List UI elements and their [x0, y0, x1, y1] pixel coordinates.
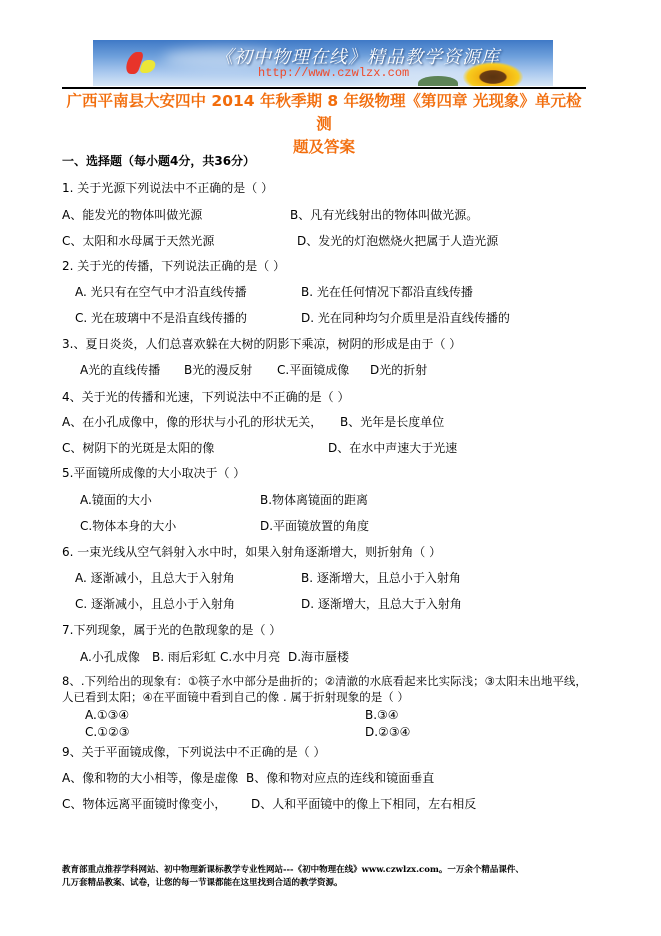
question-1-option-b: B、凡有光线射出的物体叫做光源。 — [290, 207, 478, 223]
question-2-stem: 2. 关于光的传播，下列说法正确的是（ ） — [62, 258, 285, 274]
question-2-option-a: A. 光只有在空气中才沿直线传播 — [75, 284, 247, 300]
question-4-option-b: B、光年是长度单位 — [340, 414, 444, 430]
question-5-option-c: C.物体本身的大小 — [80, 518, 176, 534]
question-7-option-b: B. 雨后彩虹 — [152, 649, 216, 665]
question-8-option-a: A.①③④ — [85, 707, 129, 723]
header-rule — [62, 87, 586, 89]
question-5-option-d: D.平面镜放置的角度 — [260, 518, 369, 534]
question-6-option-a: A. 逐渐减小，且总大于入射角 — [75, 570, 235, 586]
title-line-1: 广西平南县大安四中 2014 年秋季期 8 年级物理《第四章 光现象》单元检测 — [62, 90, 586, 136]
question-9-option-a: A、像和物的大小相等，像是虚像 — [62, 770, 238, 786]
question-2-option-b: B. 光在任何情况下都沿直线传播 — [301, 284, 473, 300]
sunflower-image — [463, 62, 523, 86]
question-8-option-b: B.③④ — [365, 707, 399, 723]
question-3-option-a: A光的直线传播 — [80, 362, 160, 378]
site-banner: 《初中物理在线》精品教学资源库 http://www.czwlzx.com — [93, 40, 553, 86]
leaves-decoration — [418, 76, 458, 86]
question-9-option-b: B、像和物对应点的连线和镜面垂直 — [246, 770, 434, 786]
question-9-stem: 9、关于平面镜成像，下列说法中不正确的是（ ） — [62, 744, 325, 760]
question-5-option-a: A.镜面的大小 — [80, 492, 152, 508]
question-3-option-b: B光的漫反射 — [184, 362, 252, 378]
question-9-option-c: C、物体远离平面镜时像变小， — [62, 796, 226, 812]
question-7-option-c: C.水中月亮 — [220, 649, 280, 665]
question-7-option-d: D.海市蜃楼 — [288, 649, 349, 665]
question-8-stem-line-1: 8、.下列给出的现象有：①筷子水中部分是曲折的；②清澈的水底看起来比实际浅；③太… — [62, 673, 587, 689]
banner-url: http://www.czwlzx.com — [258, 66, 409, 80]
question-3-stem: 3.、夏日炎炎，人们总喜欢躲在大树的阴影下乘凉，树阴的形成是由于（ ） — [62, 336, 461, 352]
section-heading: 一、选择题（每小题4分，共36分） — [62, 153, 255, 169]
question-5-option-b: B.物体离镜面的距离 — [260, 492, 368, 508]
footer-line-2: 几万套精品教案、试卷，让您的每一节课都能在这里找到合适的教学资源。 — [62, 877, 524, 890]
question-8-stem-line-2: 人已看到太阳；④在平面镜中看到自己的像 . 属于折射现象的是（ ） — [62, 689, 409, 705]
question-8-option-d: D.②③④ — [365, 724, 410, 740]
footer-line-1: 教育部重点推荐学科网站、初中物理新课标教学专业性网站---《初中物理在线》www… — [62, 864, 524, 877]
page-footer: 教育部重点推荐学科网站、初中物理新课标教学专业性网站---《初中物理在线》www… — [62, 864, 524, 890]
question-3-option-d: D光的折射 — [370, 362, 427, 378]
question-6-option-d: D. 逐渐增大，且总大于入射角 — [301, 596, 462, 612]
question-4-stem: 4、关于光的传播和光速，下列说法中不正确的是（ ） — [62, 389, 349, 405]
question-6-option-b: B. 逐渐增大，且总小于入射角 — [301, 570, 461, 586]
question-4-option-a: A、在小孔成像中，像的形状与小孔的形状无关， — [62, 414, 322, 430]
question-9-option-d: D、人和平面镜中的像上下相同，左右相反 — [251, 796, 476, 812]
question-6-stem: 6. 一束光线从空气斜射入水中时，如果入射角逐渐增大，则折射角（ ） — [62, 544, 441, 560]
question-7-stem: 7.下列现象，属于光的色散现象的是（ ） — [62, 622, 281, 638]
document-title: 广西平南县大安四中 2014 年秋季期 8 年级物理《第四章 光现象》单元检测 … — [62, 90, 586, 159]
question-1-option-c: C、太阳和水母属于天然光源 — [62, 233, 214, 249]
question-2-option-d: D. 光在同种均匀介质里是沿直线传播的 — [301, 310, 510, 326]
question-8-option-c: C.①②③ — [85, 724, 129, 740]
question-4-option-c: C、树阴下的光斑是太阳的像 — [62, 440, 214, 456]
question-7-option-a: A.小孔成像 — [80, 649, 140, 665]
question-4-option-d: D、在水中声速大于光速 — [328, 440, 457, 456]
question-6-option-c: C. 逐渐减小，且总小于入射角 — [75, 596, 235, 612]
question-3-option-c: C.平面镜成像 — [277, 362, 349, 378]
question-1-stem: 1. 关于光源下列说法中不正确的是（ ） — [62, 180, 273, 196]
question-5-stem: 5.平面镜所成像的大小取决于（ ） — [62, 465, 245, 481]
question-2-option-c: C. 光在玻璃中不是沿直线传播的 — [75, 310, 247, 326]
question-1-option-d: D、发光的灯泡燃烧火把属于人造光源 — [297, 233, 498, 249]
logo-icon-accent — [139, 60, 157, 73]
question-1-option-a: A、能发光的物体叫做光源 — [62, 207, 202, 223]
